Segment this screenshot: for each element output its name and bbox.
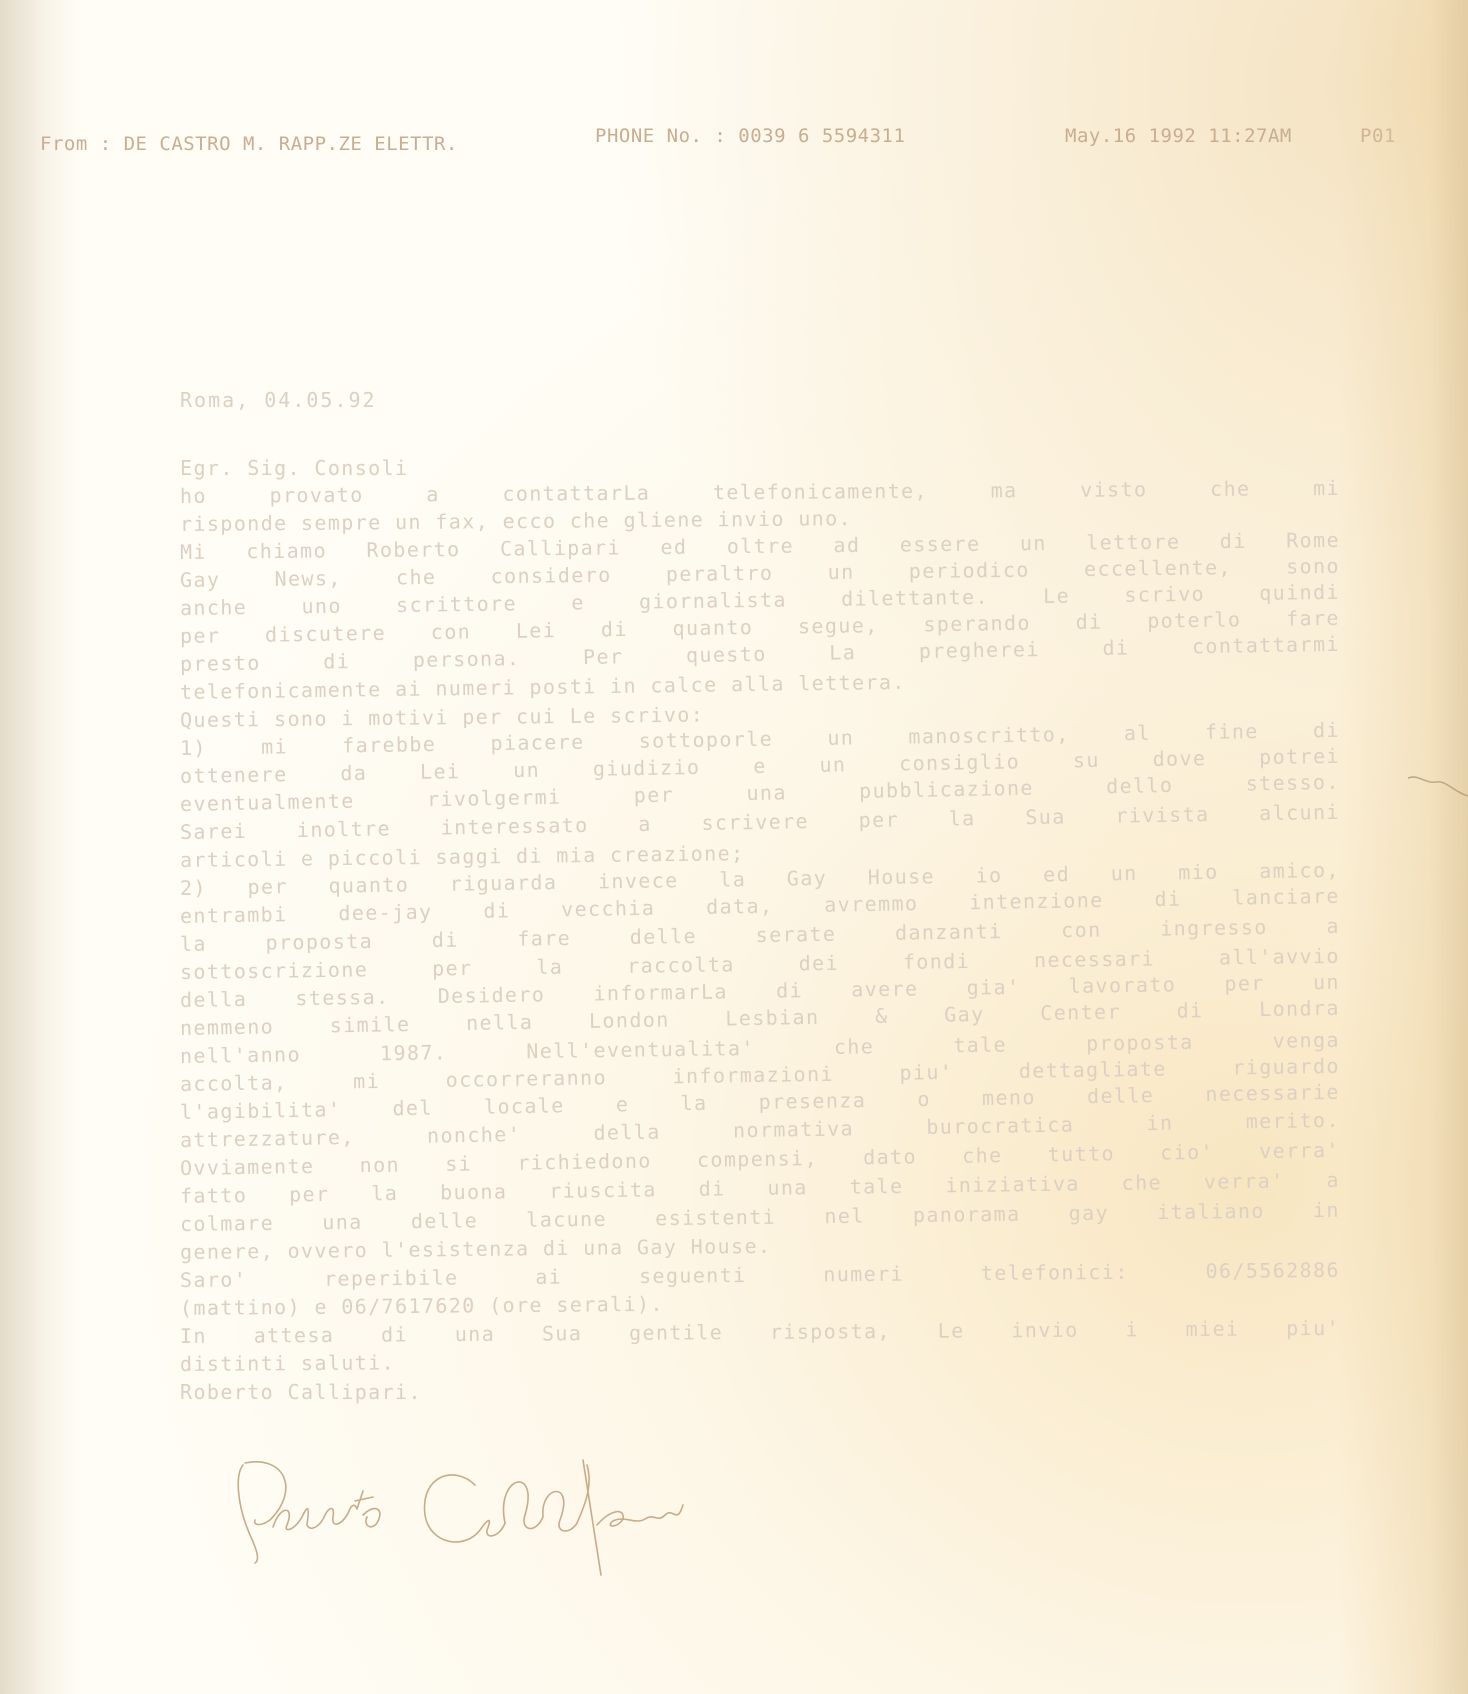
handwritten-signature: [225, 1445, 745, 1585]
fax-page: From : DE CASTRO M. RAPP.ZE ELETTR. PHON…: [0, 0, 1468, 1694]
letter-place-date: Roma, 04.05.92: [180, 388, 1340, 412]
fax-datetime: May.16 1992 11:27AM: [1065, 125, 1292, 147]
letter-paragraphs: ho provato a contattarLa telefonicamente…: [180, 482, 1340, 1378]
fax-phone-number: PHONE No. : 0039 6 5594311: [595, 125, 905, 147]
fax-sender: From : DE CASTRO M. RAPP.ZE ELETTR.: [40, 133, 458, 155]
fax-transmission-header: From : DE CASTRO M. RAPP.ZE ELETTR. PHON…: [40, 125, 1408, 257]
fax-page-number: P01: [1360, 125, 1396, 147]
letter-body: Roma, 04.05.92 Egr. Sig. Consoli ho prov…: [180, 388, 1340, 1406]
paper-tear: [1408, 770, 1468, 800]
typed-name: Roberto Callipari.: [180, 1378, 1340, 1406]
letter-closing: Roberto Callipari.: [180, 1378, 1340, 1406]
